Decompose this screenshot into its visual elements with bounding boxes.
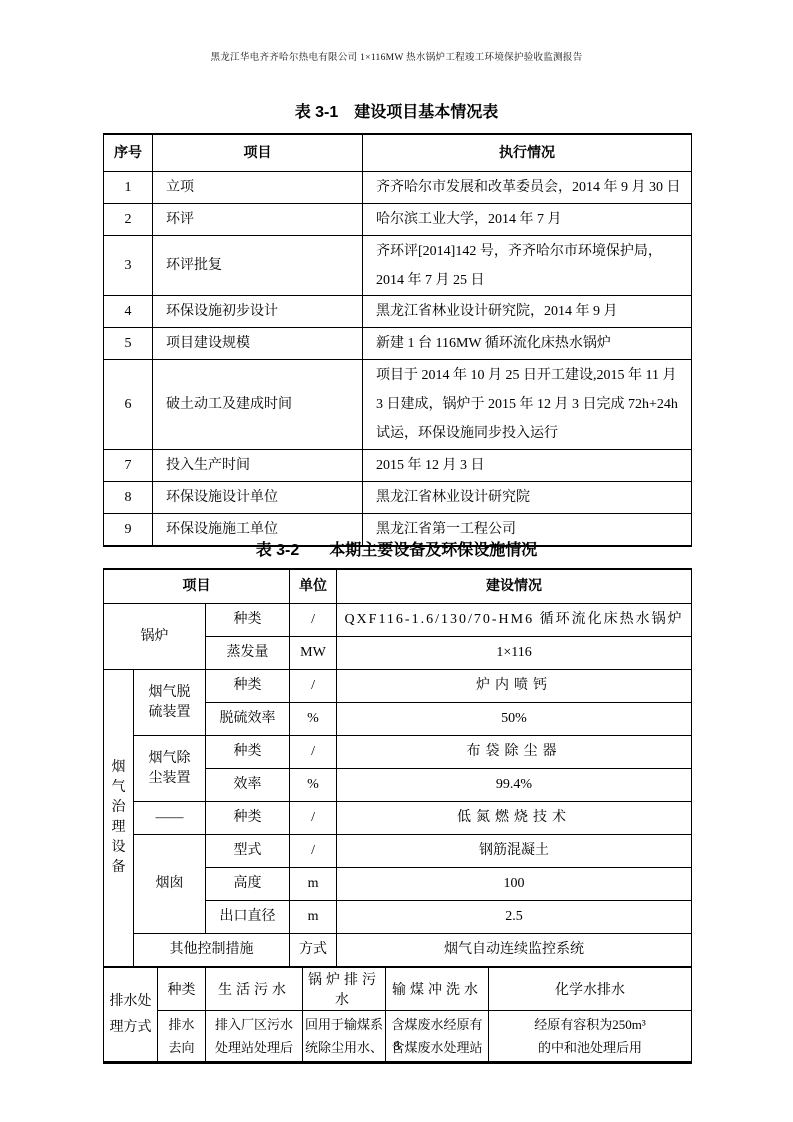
table-row-desulf-type: 烟气治理设备 烟气脱硫装置 种类 / 炉内喷钙 [104,670,692,703]
cell-unit: m [290,868,337,901]
cell-sub-dust-removal: 烟气除尘装置 [134,736,206,802]
cell-status: 新建 1 台 116MW 循环流化床热水锅炉 [363,328,692,360]
cell-value: 99.4% [337,769,692,802]
table2-caption-title: 本期主要设备及环保设施情况 [329,542,537,559]
cell-no: 2 [104,204,153,236]
table-row-lownox: —— 种类 / 低氮燃烧技术 [104,802,692,835]
col-header-no: 序号 [104,134,153,172]
table-row-dust-type: 烟气除尘装置 种类 / 布袋除尘器 [104,736,692,769]
table-row: 2 环评 哈尔滨工业大学，2014 年 7 月 [104,204,692,236]
cell-attr: 种类 [206,802,290,835]
cell-water-type: 锅炉排污水 [303,968,386,1011]
cell-attr: 型式 [206,835,290,868]
table-row: 6 破土动工及建成时间 项目于 2014 年 10 月 25 日开工建设,201… [104,360,692,450]
cell-unit: / [290,670,337,703]
cell-attr: 种类 [206,736,290,769]
cell-value: 2.5 [337,901,692,934]
cell-item: 投入生产时间 [153,450,363,482]
cell-direction: 排入厂区污水处理站处理后 [206,1011,303,1063]
cell-attr: 效率 [206,769,290,802]
cell-attr: 蒸发量 [206,637,290,670]
cell-value: 低氮燃烧技术 [337,802,692,835]
table-row: 7 投入生产时间 2015 年 12 月 3 日 [104,450,692,482]
table-row: 8 环保设施设计单位 黑龙江省林业设计研究院 [104,482,692,514]
cell-attr: 出口直径 [206,901,290,934]
cell-item: 立项 [153,172,363,204]
cell-status: 黑龙江省林业设计研究院，2014 年 9 月 [363,296,692,328]
cell-attr: 种类 [206,604,290,637]
table1-caption: 表 3-1建设项目基本情况表 [0,99,793,122]
document-header: 黑龙江华电齐齐哈尔热电有限公司 1×116MW 热水锅炉工程竣工环境保护验收监测… [0,49,793,63]
cell-sub-lownox: —— [134,802,206,835]
cell-item: 环保设施设计单位 [153,482,363,514]
cell-value: QXF116-1.6/130/70-HM6 循环流化床热水锅炉 [337,604,692,637]
cell-direction: 含煤废水经原有含煤废水处理站 [386,1011,489,1063]
cell-attr: 种类 [206,670,290,703]
cell-value: 100 [337,868,692,901]
page-number: 8 [0,1038,793,1054]
cell-sub-chimney: 烟囱 [134,835,206,934]
table-row: 5 项目建设规模 新建 1 台 116MW 循环流化床热水锅炉 [104,328,692,360]
table-row-drainage-type: 排水处理方式 种类 生活污水 锅炉排污水 输煤冲洗水 化学水排水 [104,968,692,1011]
cell-value: 烟气自动连续监控系统 [337,934,692,967]
cell-attr: 高度 [206,868,290,901]
table1-caption-label: 表 3-1 [295,104,339,121]
table-basic-info: 序号 项目 执行情况 1 立项 齐齐哈尔市发展和改革委员会，2014 年 9 月… [103,133,692,547]
cell-item: 环评 [153,204,363,236]
cell-unit: / [290,736,337,769]
cell-type-label: 种类 [158,968,206,1011]
table-row: 4 环保设施初步设计 黑龙江省林业设计研究院，2014 年 9 月 [104,296,692,328]
cell-no: 6 [104,360,153,450]
table-row-chimney-style: 烟囱 型式 / 钢筋混凝土 [104,835,692,868]
cell-group-flue-gas: 烟气治理设备 [104,670,134,967]
cell-value: 钢筋混凝土 [337,835,692,868]
cell-attr: 脱硫效率 [206,703,290,736]
table-equipment: 项目 单位 建设情况 锅炉 种类 / QXF116-1.6/130/70-HM6… [103,568,692,967]
cell-no: 5 [104,328,153,360]
cell-unit: / [290,802,337,835]
table-row-drainage-direction: 排水去向 排入厂区污水处理站处理后 回用于输煤系统除尘用水、 含煤废水经原有含煤… [104,1011,692,1063]
cell-value: 布袋除尘器 [337,736,692,769]
cell-unit: m [290,901,337,934]
cell-item: 环评批复 [153,236,363,296]
cell-value: 50% [337,703,692,736]
cell-water-type: 化学水排水 [489,968,692,1011]
cell-group-boiler: 锅炉 [104,604,206,670]
cell-water-type: 生活污水 [206,968,303,1011]
cell-no: 8 [104,482,153,514]
cell-no: 4 [104,296,153,328]
cell-status: 项目于 2014 年 10 月 25 日开工建设,2015 年 11 月 3 日… [363,360,692,450]
col-header-unit: 单位 [290,569,337,604]
cell-unit: / [290,835,337,868]
col-header-status: 建设情况 [337,569,692,604]
cell-no: 3 [104,236,153,296]
cell-no: 1 [104,172,153,204]
table-header-row: 项目 单位 建设情况 [104,569,692,604]
table-row: 1 立项 齐齐哈尔市发展和改革委员会，2014 年 9 月 30 日 [104,172,692,204]
cell-water-type: 输煤冲洗水 [386,968,489,1011]
table1-caption-title: 建设项目基本情况表 [354,104,498,121]
table-equipment-wrap: 项目 单位 建设情况 锅炉 种类 / QXF116-1.6/130/70-HM6… [103,568,691,1064]
table-row-other-control: 其他控制措施 方式 烟气自动连续监控系统 [104,934,692,967]
cell-status: 黑龙江省林业设计研究院 [363,482,692,514]
table-row-boiler-type: 锅炉 种类 / QXF116-1.6/130/70-HM6 循环流化床热水锅炉 [104,604,692,637]
cell-status: 齐环评[2014]142 号，齐齐哈尔市环境保护局，2014 年 7 月 25 … [363,236,692,296]
table2-caption-label: 表 3-2 [256,542,300,559]
cell-status: 2015 年 12 月 3 日 [363,450,692,482]
cell-direction: 回用于输煤系统除尘用水、 [303,1011,386,1063]
cell-unit: MW [290,637,337,670]
table-header-row: 序号 项目 执行情况 [104,134,692,172]
cell-value: 1×116 [337,637,692,670]
document-page: 黑龙江华电齐齐哈尔热电有限公司 1×116MW 热水锅炉工程竣工环境保护验收监测… [0,0,793,1122]
cell-direction-label: 排水去向 [158,1011,206,1063]
cell-item: 环保设施初步设计 [153,296,363,328]
table2-caption: 表 3-2本期主要设备及环保设施情况 [0,537,793,560]
cell-status: 齐齐哈尔市发展和改革委员会，2014 年 9 月 30 日 [363,172,692,204]
col-header-project: 项目 [104,569,290,604]
cell-value: 炉内喷钙 [337,670,692,703]
cell-direction: 经原有容积为250m³的中和池处理后用 [489,1011,692,1063]
col-header-status: 执行情况 [363,134,692,172]
cell-unit: % [290,769,337,802]
cell-unit: 方式 [290,934,337,967]
cell-no: 7 [104,450,153,482]
table-row: 3 环评批复 齐环评[2014]142 号，齐齐哈尔市环境保护局，2014 年 … [104,236,692,296]
col-header-item: 项目 [153,134,363,172]
cell-unit: / [290,604,337,637]
cell-item: 项目建设规模 [153,328,363,360]
cell-status: 哈尔滨工业大学，2014 年 7 月 [363,204,692,236]
cell-other-control-label: 其他控制措施 [134,934,290,967]
cell-unit: % [290,703,337,736]
cell-sub-desulfurization: 烟气脱硫装置 [134,670,206,736]
cell-item: 破土动工及建成时间 [153,360,363,450]
